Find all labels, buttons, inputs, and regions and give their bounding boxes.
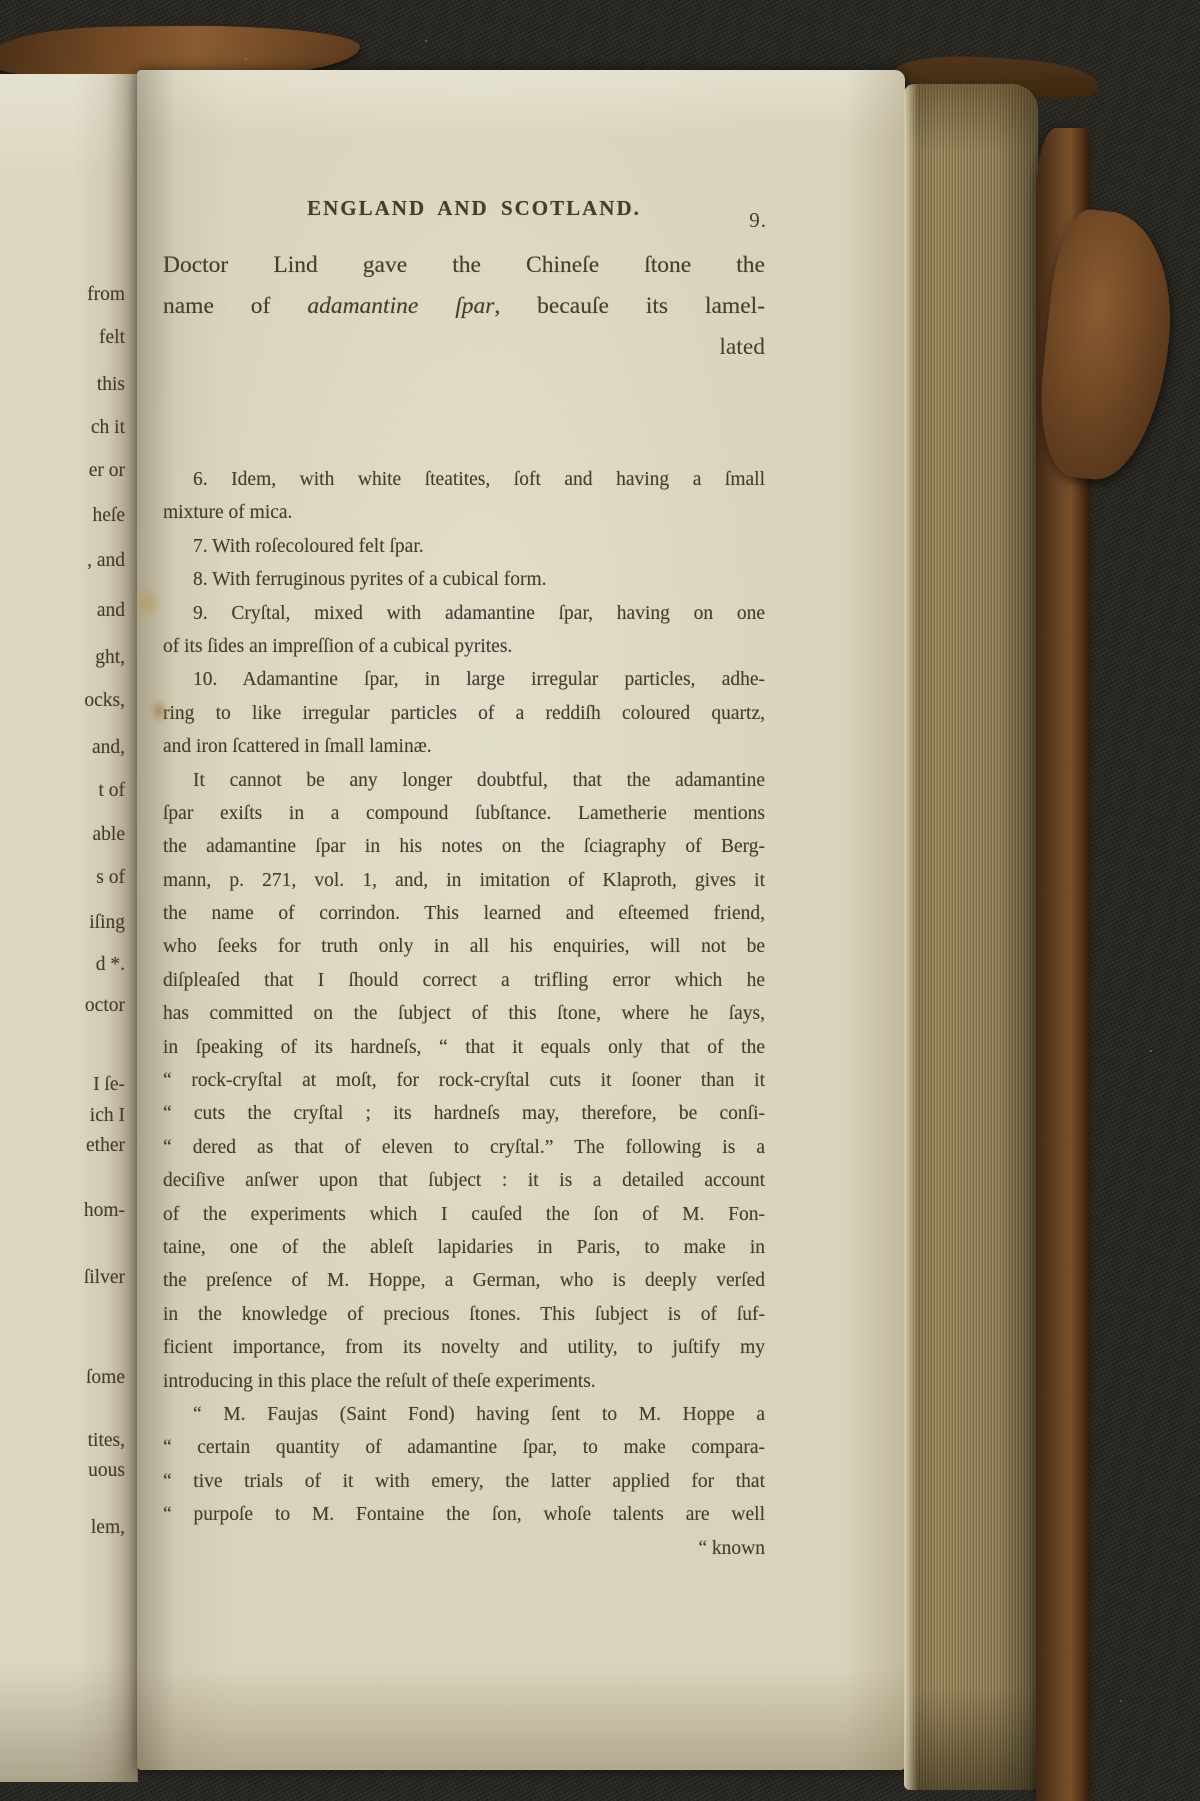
text-line: ring to like irregular particles of a re… bbox=[163, 697, 765, 730]
text-line: and iron ſcattered in ſmall laminæ. bbox=[163, 730, 765, 763]
left-page-text-fragment: lem, bbox=[91, 1517, 125, 1539]
text-line: has committed on the ſubject of this ſto… bbox=[163, 997, 765, 1030]
left-page-text-fragment: ch it bbox=[91, 417, 125, 439]
intro-line-2-pre: name of bbox=[163, 293, 307, 319]
intro-line-2: name of adamantine ſpar, becauſe its lam… bbox=[163, 286, 765, 327]
running-title: ENGLAND AND SCOTLAND. bbox=[173, 196, 775, 221]
left-page-text-fragment: and bbox=[97, 600, 125, 622]
left-page-text-fragment: ether bbox=[86, 1135, 125, 1157]
left-page-text-fragment: uous bbox=[88, 1460, 125, 1482]
catchword: “ known bbox=[163, 1532, 765, 1565]
text-line: mann, p. 271, vol. 1, and, in imitation … bbox=[163, 864, 765, 897]
left-page-text-fragment: able bbox=[93, 824, 125, 846]
text-line: of its ſides an impreſſion of a cubical … bbox=[163, 630, 765, 663]
left-page-text-fragment: and, bbox=[92, 737, 125, 759]
left-page-text-fragment: tites, bbox=[88, 1430, 125, 1452]
text-line: the adamantine ſpar in his notes on the … bbox=[163, 830, 765, 863]
paper-stain bbox=[133, 585, 161, 621]
left-page-text-fragment: ſome bbox=[86, 1367, 125, 1389]
text-line: “ dered as that of eleven to cryſtal.” T… bbox=[163, 1131, 765, 1164]
intro-paragraph: Doctor Lind gave the Chineſe ſtone the n… bbox=[163, 245, 765, 368]
text-line: the name of corrindon. This learned and … bbox=[163, 897, 765, 930]
left-page: fromfeltthisch iter orheſe, andandght,oc… bbox=[0, 74, 138, 1782]
catchword: lated bbox=[163, 327, 765, 368]
page-number: 9. bbox=[749, 208, 767, 233]
text-line: ſpar exiſts in a compound ſubſtance. Lam… bbox=[163, 797, 765, 830]
dust-specks bbox=[425, 40, 427, 42]
text-line: “ purpoſe to M. Fontaine the ſon, whoſe … bbox=[163, 1498, 765, 1531]
left-page-text-fragment: iſing bbox=[89, 912, 125, 934]
left-page-text-fragment: ocks, bbox=[84, 690, 125, 712]
text-line: in ſpeaking of its hardneſs, “ that it e… bbox=[163, 1031, 765, 1064]
text-line: “ cuts the cryſtal ; its hardneſs may, t… bbox=[163, 1097, 765, 1130]
text-line: 6. Idem, with white ſteatites, ſoft and … bbox=[163, 463, 765, 496]
left-page-text-fragment: ght, bbox=[95, 647, 125, 669]
paper-stain bbox=[149, 698, 169, 724]
book-photo: { "colors":{ "fabric":"#2a2822", "paper"… bbox=[0, 0, 1200, 1801]
text-line: introducing in this place the reſult of … bbox=[163, 1365, 765, 1398]
left-page-text-fragment: this bbox=[97, 374, 125, 396]
text-line: 10. Adamantine ſpar, in large irregular … bbox=[163, 663, 765, 696]
text-line: the preſence of M. Hoppe, a German, who … bbox=[163, 1264, 765, 1297]
text-line: who ſeeks for truth only in all his enqu… bbox=[163, 930, 765, 963]
left-page-text-fragment: t of bbox=[98, 780, 125, 802]
text-line: 9. Cryſtal, mixed with adamantine ſpar, … bbox=[163, 597, 765, 630]
left-page-text-fragment: I ſe- bbox=[93, 1074, 125, 1096]
fore-edge-pages bbox=[904, 84, 1038, 1790]
left-page-text-fragment: hom- bbox=[84, 1200, 125, 1222]
intro-line-1: Doctor Lind gave the Chineſe ſtone the bbox=[163, 245, 765, 286]
left-page-text-fragment: from bbox=[87, 284, 125, 306]
left-page-text-fragment: felt bbox=[99, 327, 125, 349]
body-text: 6. Idem, with white ſteatites, ſoft and … bbox=[163, 463, 765, 1565]
text-line: diſpleaſed that I ſhould correct a trifl… bbox=[163, 964, 765, 997]
text-line: It cannot be any longer doubtful, that t… bbox=[163, 764, 765, 797]
right-page: ENGLAND AND SCOTLAND. 9. Doctor Lind gav… bbox=[137, 70, 905, 1770]
italic-phrase: adamantine ſpar bbox=[307, 293, 494, 319]
page-header: ENGLAND AND SCOTLAND. 9. bbox=[163, 196, 765, 236]
left-page-text-fragment: , and bbox=[87, 550, 125, 572]
text-line: 7. With roſecoloured felt ſpar. bbox=[163, 530, 765, 563]
left-page-text-fragment: heſe bbox=[93, 505, 125, 527]
text-line: “ certain quantity of adamantine ſpar, t… bbox=[163, 1431, 765, 1464]
intro-line-2-post: , becauſe its lamel- bbox=[494, 293, 765, 319]
text-line: mixture of mica. bbox=[163, 496, 765, 529]
left-page-text-fragment: ich I bbox=[90, 1105, 125, 1127]
text-line: taine, one of the ableſt lapidaries in P… bbox=[163, 1231, 765, 1264]
left-page-text-fragment: ſilver bbox=[84, 1267, 125, 1289]
text-line: “ M. Faujas (Saint Fond) having ſent to … bbox=[163, 1398, 765, 1431]
text-line: in the knowledge of precious ſtones. Thi… bbox=[163, 1298, 765, 1331]
left-page-text-fragment: s of bbox=[96, 867, 125, 889]
text-line: of the experiments which I cauſed the ſo… bbox=[163, 1198, 765, 1231]
left-page-text-fragment: er or bbox=[89, 460, 125, 482]
text-line: ficient importance, from its novelty and… bbox=[163, 1331, 765, 1364]
left-page-text-fragment: octor bbox=[85, 995, 125, 1017]
text-line: “ tive trials of it with emery, the latt… bbox=[163, 1465, 765, 1498]
left-page-text-fragment: d *. bbox=[96, 954, 125, 976]
text-line: 8. With ferruginous pyrites of a cubical… bbox=[163, 563, 765, 596]
text-line: deciſive anſwer upon that ſubject : it i… bbox=[163, 1164, 765, 1197]
text-line: “ rock-cryſtal at moſt, for rock-cryſtal… bbox=[163, 1064, 765, 1097]
